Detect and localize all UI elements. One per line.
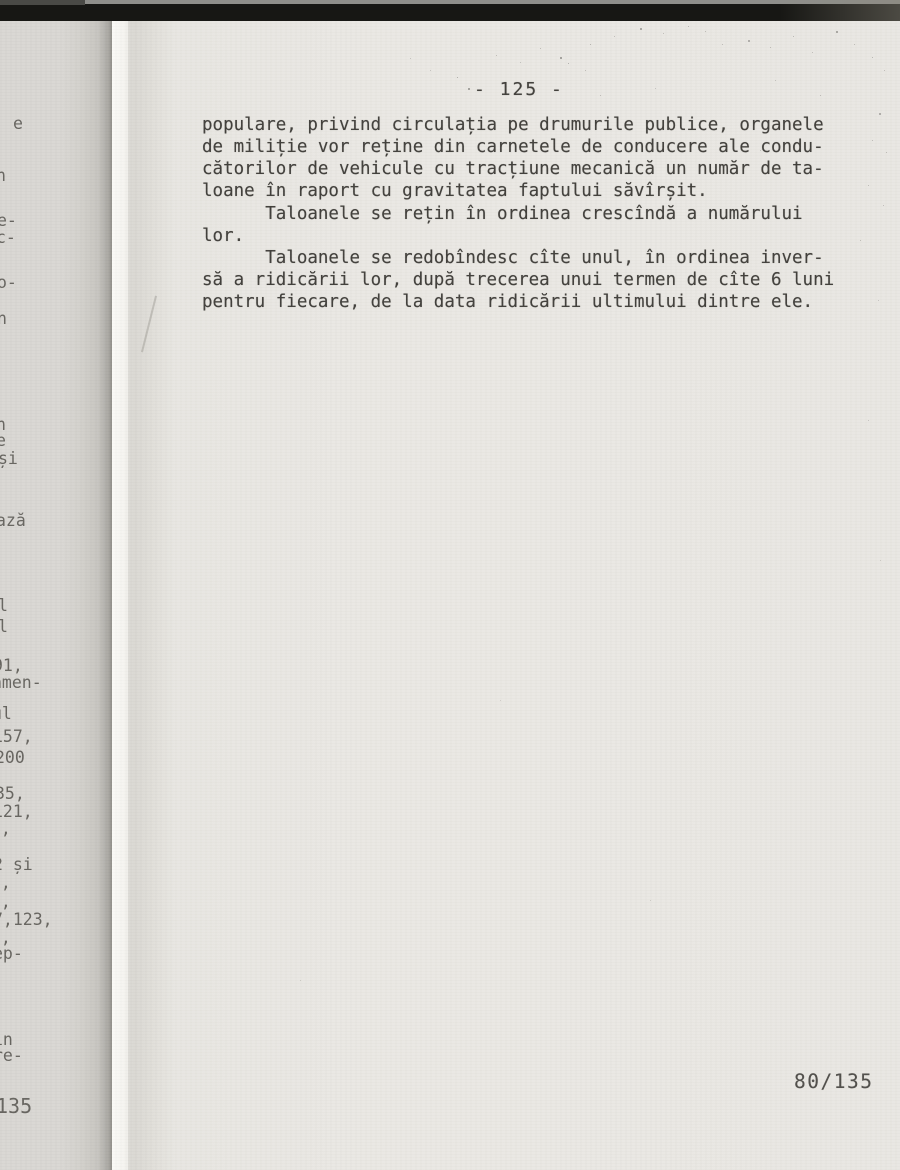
margin-fragment: amen- — [0, 674, 42, 692]
margin-fragment: e — [0, 432, 6, 450]
scan-noise-speck — [860, 240, 861, 241]
scan-noise-speck — [520, 62, 521, 63]
scan-noise-speck — [540, 48, 541, 49]
scan-noise-speck — [872, 140, 873, 141]
scan-noise-speck — [700, 120, 701, 121]
scan-noise-speck — [300, 980, 301, 981]
text-line: să a ridicării lor, după trecerea unui t… — [202, 269, 882, 291]
scan-noise-speck — [880, 560, 881, 561]
scanner-edge-fade — [780, 0, 900, 21]
text-line: lor. — [202, 225, 882, 247]
scan-noise-speck — [854, 44, 855, 45]
margin-fragment: 135 — [0, 1097, 32, 1115]
scan-noise-speck — [748, 40, 750, 42]
scan-noise-speck — [655, 88, 656, 89]
scan-noise-speck — [585, 70, 586, 71]
scan-noise-speck — [883, 205, 884, 206]
scan-noise-speck — [868, 420, 869, 421]
scanner-edge-corner — [0, 0, 85, 5]
margin-fragment: și — [0, 450, 18, 468]
scan-noise-speck — [410, 58, 411, 59]
scan-noise-speck — [884, 70, 885, 71]
adjacent-page-edge: ene-c-o-nneșiazăll91,amen-ul157,20035,12… — [0, 0, 112, 1170]
scan-noise-speck — [457, 77, 458, 78]
text-line: pentru fiecare, de la data ridicării ult… — [202, 291, 882, 313]
scan-noise-speck — [614, 36, 615, 37]
margin-fragment: 3, — [0, 820, 11, 838]
margin-fragment: 157, — [0, 728, 33, 746]
scan-noise-speck — [688, 26, 689, 27]
margin-fragment: 2 și — [0, 856, 33, 874]
scan-noise-speck — [812, 52, 813, 53]
margin-fragment: o- — [0, 274, 17, 292]
margin-fragment: c- — [0, 229, 16, 247]
scan-noise-speck — [650, 900, 651, 901]
scan-noise-speck — [886, 152, 887, 153]
scan-noise-speck — [836, 31, 838, 33]
scan-noise-speck — [820, 95, 821, 96]
margin-fragment: 7, — [0, 893, 11, 911]
scan-noise-speck — [496, 55, 497, 56]
body-text: populare, privind circulația pe drumuril… — [202, 114, 882, 313]
scan-noise-speck — [879, 113, 881, 115]
scan-noise-speck — [775, 80, 776, 81]
scanned-document: { "page": { "header": "- 125 -", "folio"… — [0, 0, 900, 1170]
margin-fragment: n — [0, 310, 7, 328]
margin-fragment: 7,123, — [0, 911, 53, 929]
scan-noise-speck — [590, 44, 591, 45]
scan-noise-speck — [663, 33, 664, 34]
margin-fragment: l — [0, 618, 8, 636]
folio-number: 80/135 — [794, 1070, 873, 1093]
margin-fragment: e — [13, 115, 23, 133]
margin-fragment: 1, — [0, 874, 11, 892]
scan-noise-speck — [793, 36, 794, 37]
text-line: loane în raport cu gravitatea faptului s… — [202, 180, 882, 202]
margin-fragment: n — [0, 167, 6, 185]
margin-fragment: ază — [0, 512, 26, 530]
scan-noise-speck — [500, 700, 501, 701]
scan-noise-speck — [770, 47, 771, 48]
scan-noise-speck — [872, 57, 873, 58]
scanner-edge-top — [0, 0, 900, 21]
scan-noise-speck — [868, 185, 869, 186]
scan-noise-speck — [430, 70, 431, 71]
scan-noise-speck — [568, 63, 569, 64]
page-number-header: - 125 - — [474, 79, 564, 100]
scan-noise-speck — [662, 142, 663, 143]
text-line: Taloanele se rețin în ordinea crescîndă … — [202, 203, 882, 225]
text-line: Taloanele se redobîndesc cîte unul, în o… — [202, 247, 882, 269]
scan-noise-speck — [600, 95, 601, 96]
margin-fragment: ep- — [0, 945, 23, 963]
scan-noise-speck — [560, 57, 562, 59]
margin-fragment: 35, — [0, 785, 25, 803]
scan-noise-speck — [760, 150, 761, 151]
scan-noise-speck — [705, 31, 706, 32]
margin-fragment: ul — [0, 705, 12, 723]
scan-noise-speck — [468, 88, 470, 90]
page-fold-shadow — [128, 0, 192, 1170]
margin-fragment: 200 — [0, 749, 25, 767]
scan-noise-speck — [722, 44, 723, 45]
margin-fragment: re- — [0, 1047, 23, 1065]
text-line: populare, privind circulația pe drumuril… — [202, 114, 882, 136]
margin-fragment: l — [0, 597, 8, 615]
scan-noise-speck — [878, 300, 879, 301]
text-line: cătorilor de vehicule cu tracțiune mecan… — [202, 158, 882, 180]
document-page: - 125 - populare, privind circulația pe … — [134, 0, 900, 1170]
scan-noise-speck — [640, 28, 642, 30]
text-line: de miliție vor reține din carnetele de c… — [202, 136, 882, 158]
